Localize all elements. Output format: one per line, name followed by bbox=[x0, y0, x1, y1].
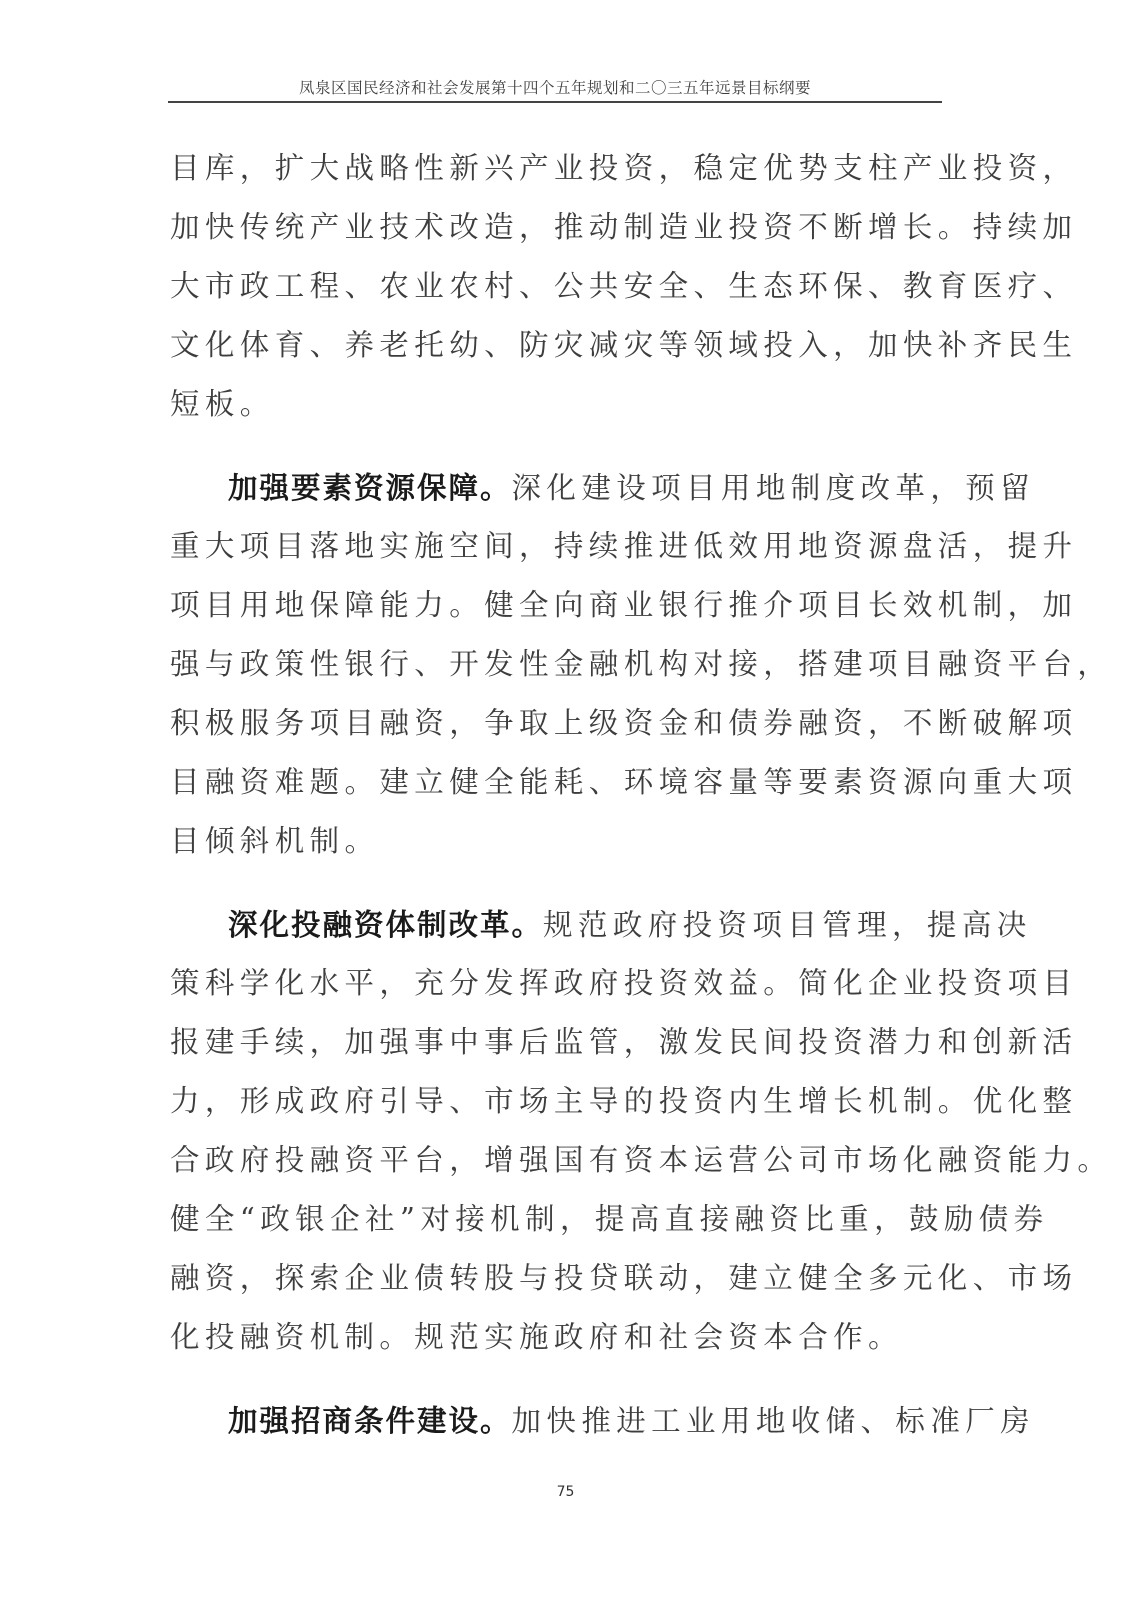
text-line: 加强要素资源保障。深化建设项目用地制度改革，预留 bbox=[170, 458, 946, 517]
paragraph: 加强招商条件建设。加快推进工业用地收储、标准厂房 bbox=[170, 1391, 946, 1450]
text-line: 积极服务项目融资，争取上级资金和债券融资，不断破解项 bbox=[170, 694, 946, 753]
paragraph-spacing bbox=[170, 434, 946, 458]
page-number: 75 bbox=[0, 1484, 1131, 1500]
paragraph-spacing bbox=[170, 1367, 946, 1391]
text-line: 化投融资机制。规范实施政府和社会资本合作。 bbox=[170, 1308, 946, 1367]
paragraph-heading: 加强要素资源保障。 bbox=[228, 470, 512, 505]
text-line: 策科学化水平，充分发挥政府投资效益。简化企业投资项目 bbox=[170, 954, 946, 1013]
text-line: 目库，扩大战略性新兴产业投资，稳定优势支柱产业投资， bbox=[170, 139, 946, 198]
text-line: 深化投融资体制改革。规范政府投资项目管理，提高决 bbox=[170, 895, 946, 954]
running-header: 凤泉区国民经济和社会发展第十四个五年规划和二〇三五年远景目标纲要 bbox=[168, 76, 942, 98]
paragraph-heading: 深化投融资体制改革。 bbox=[228, 907, 543, 942]
document-body: 目库，扩大战略性新兴产业投资，稳定优势支柱产业投资， 加快传统产业技术改造，推动… bbox=[170, 139, 946, 1450]
text-line: 融资，探索企业债转股与投贷联动，建立健全多元化、市场 bbox=[170, 1249, 946, 1308]
text-line: 文化体育、养老托幼、防灾减灾等领域投入，加快补齐民生 bbox=[170, 316, 946, 375]
text-line: 加快传统产业技术改造，推动制造业投资不断增长。持续加 bbox=[170, 198, 946, 257]
text-line: 短板。 bbox=[170, 375, 946, 434]
paragraph-text: 加快推进工业用地收储、标准厂房 bbox=[512, 1404, 1036, 1438]
paragraph: 深化投融资体制改革。规范政府投资项目管理，提高决 策科学化水平，充分发挥政府投资… bbox=[170, 895, 946, 1367]
text-line: 加强招商条件建设。加快推进工业用地收储、标准厂房 bbox=[170, 1391, 946, 1450]
text-line: 合政府投融资平台，增强国有资本运营公司市场化融资能力。 bbox=[170, 1131, 946, 1190]
text-line: 重大项目落地实施空间，持续推进低效用地资源盘活，提升 bbox=[170, 517, 946, 576]
text-line: 健全“政银企社”对接机制，提高直接融资比重，鼓励债券 bbox=[170, 1190, 946, 1249]
paragraph-spacing bbox=[170, 871, 946, 895]
text-line: 强与政策性银行、开发性金融机构对接，搭建项目融资平台， bbox=[170, 635, 946, 694]
paragraph-text: 规范政府投资项目管理，提高决 bbox=[543, 908, 1032, 942]
text-line: 目倾斜机制。 bbox=[170, 812, 946, 871]
text-line: 项目用地保障能力。健全向商业银行推介项目长效机制，加 bbox=[170, 576, 946, 635]
text-line: 报建手续，加强事中事后监管，激发民间投资潜力和创新活 bbox=[170, 1013, 946, 1072]
text-line: 力，形成政府引导、市场主导的投资内生增长机制。优化整 bbox=[170, 1072, 946, 1131]
text-line: 目融资难题。建立健全能耗、环境容量等要素资源向重大项 bbox=[170, 753, 946, 812]
header-divider bbox=[168, 101, 942, 103]
paragraph: 目库，扩大战略性新兴产业投资，稳定优势支柱产业投资， 加快传统产业技术改造，推动… bbox=[170, 139, 946, 434]
paragraph: 加强要素资源保障。深化建设项目用地制度改革，预留 重大项目落地实施空间，持续推进… bbox=[170, 458, 946, 871]
paragraph-heading: 加强招商条件建设。 bbox=[228, 1403, 512, 1438]
text-line: 大市政工程、农业农村、公共安全、生态环保、教育医疗、 bbox=[170, 257, 946, 316]
paragraph-text: 深化建设项目用地制度改革，预留 bbox=[512, 471, 1036, 505]
